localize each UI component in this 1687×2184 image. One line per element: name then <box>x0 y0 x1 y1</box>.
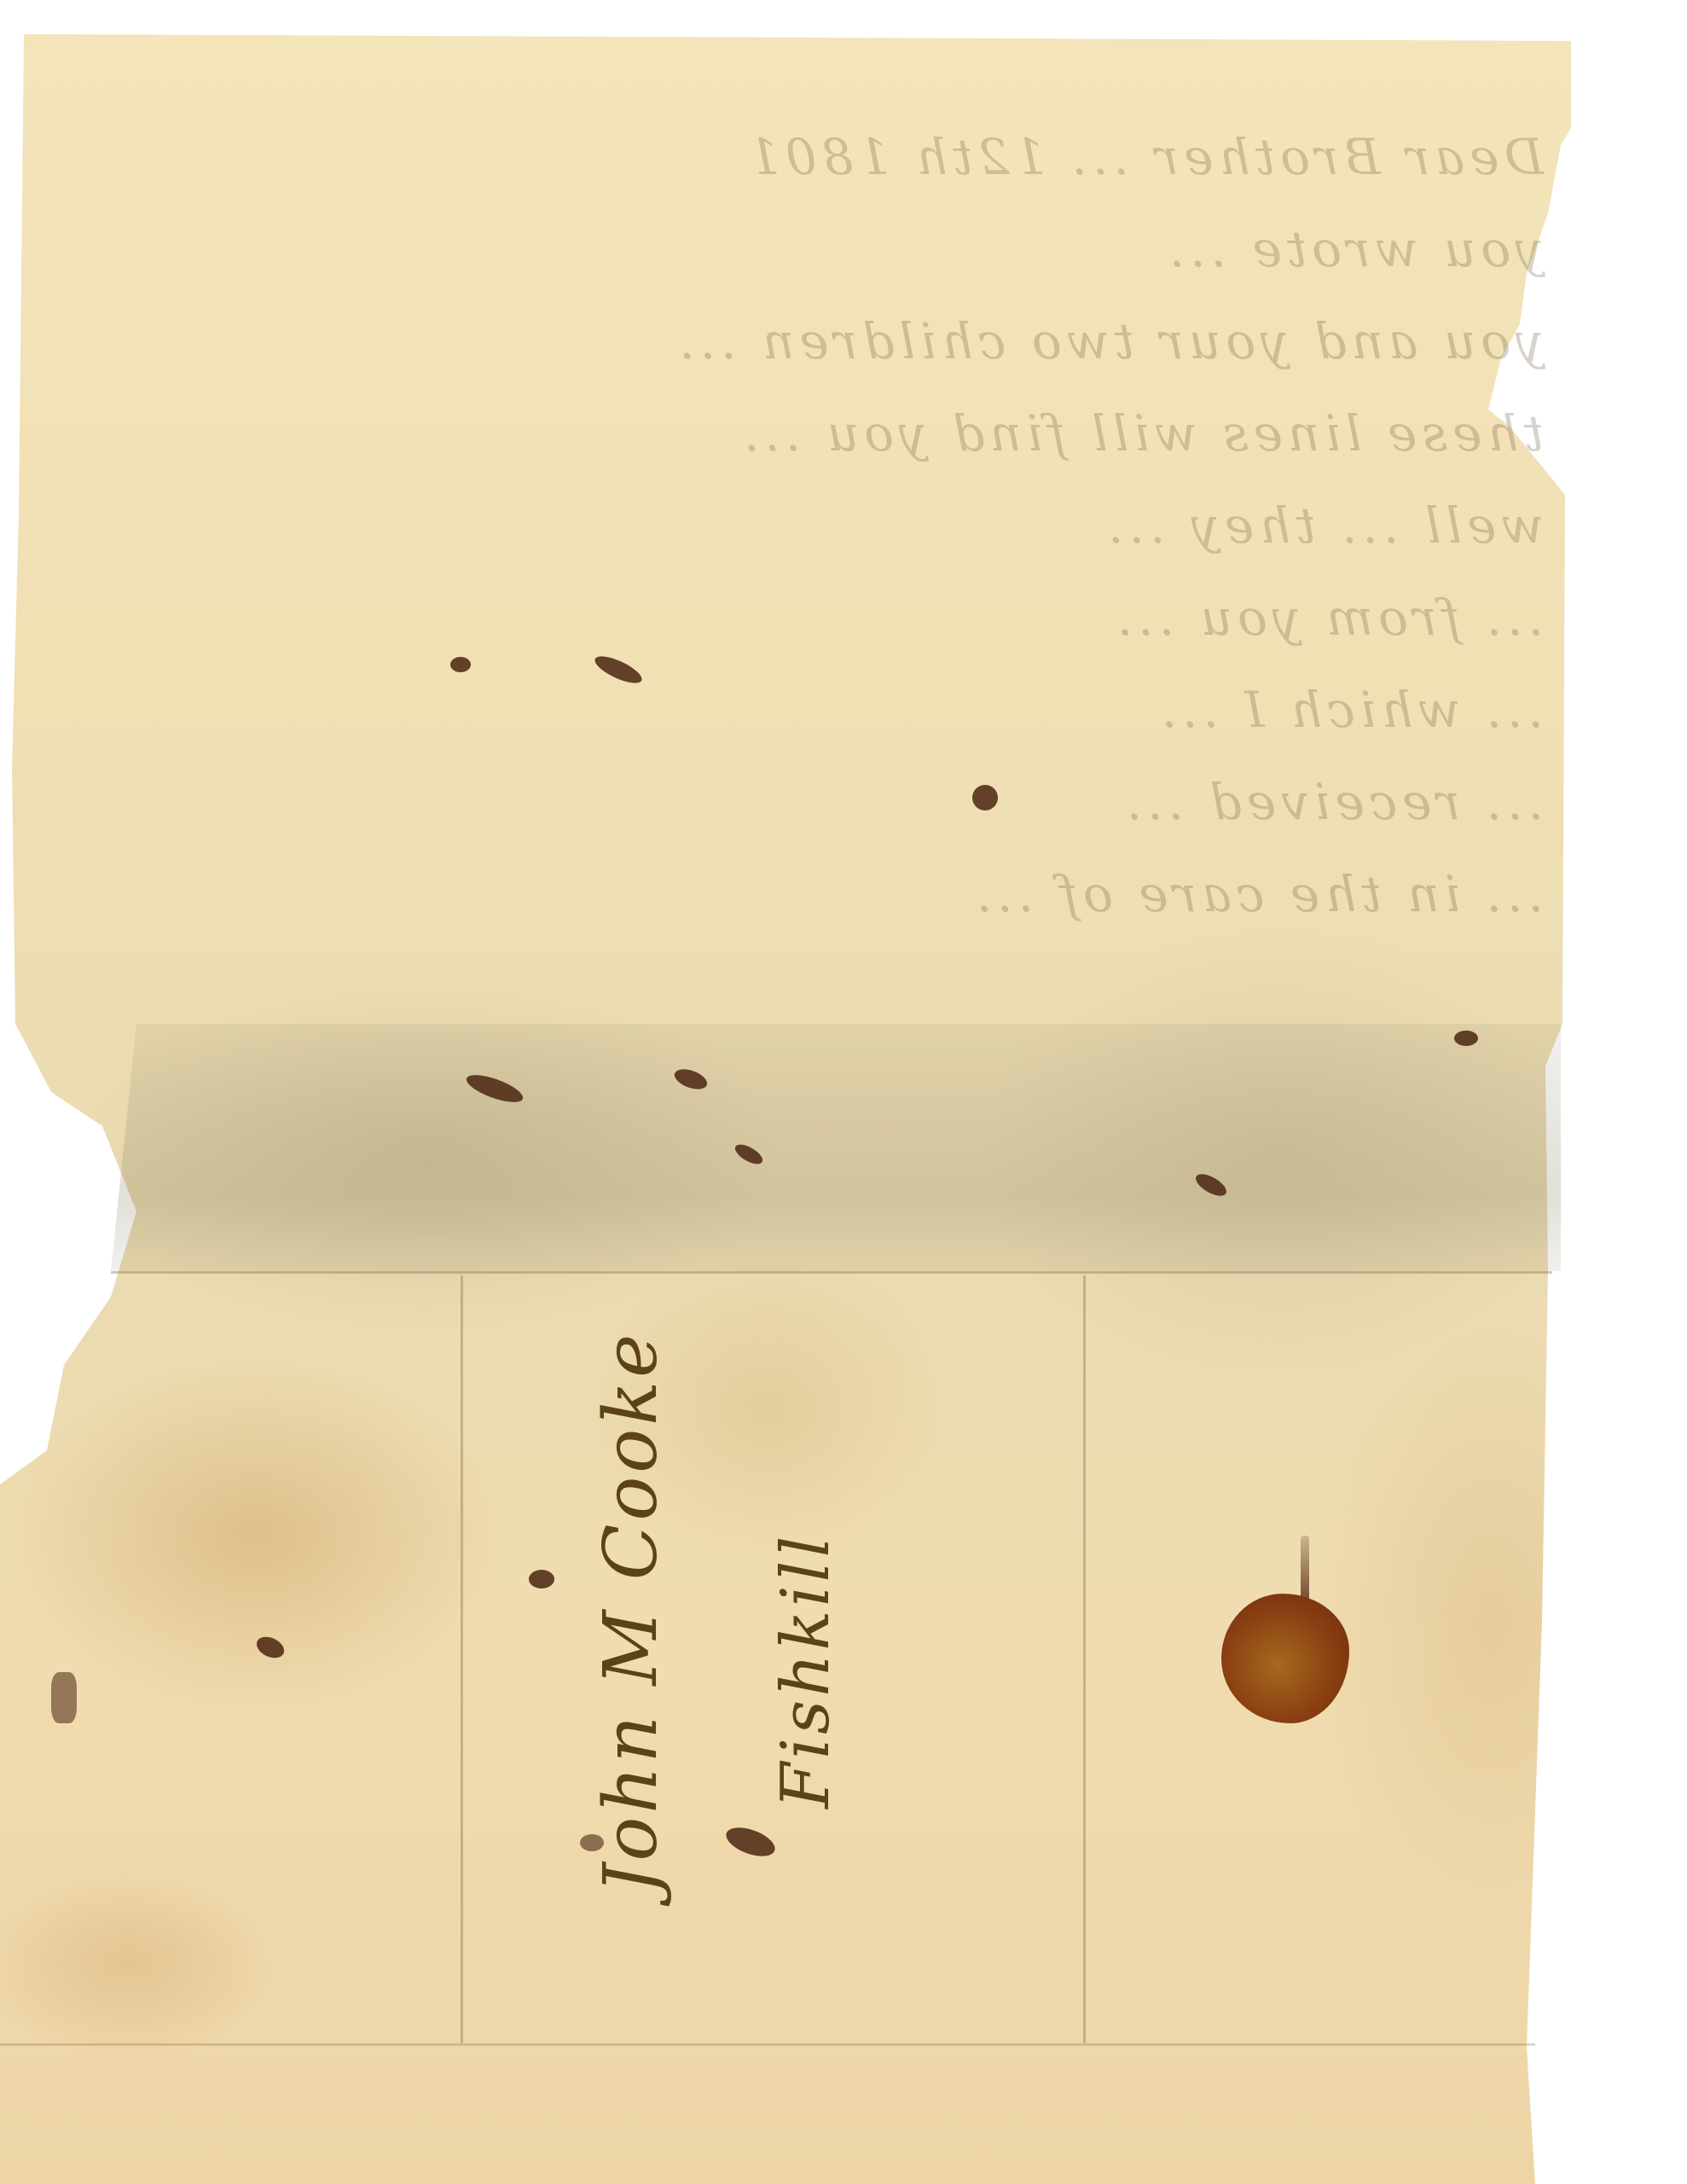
bleed-line: ... from you ... <box>94 572 1544 664</box>
address-block: John M Cooke Fishkill <box>512 1348 1023 1945</box>
vertical-fold-line <box>1083 1275 1086 2043</box>
bleed-through-text: Dear Brother ... 12th 1801 you wrote ...… <box>94 111 1544 940</box>
horizontal-fold-line <box>111 1271 1552 1274</box>
ink-blot <box>972 785 998 810</box>
bleed-line: ... in the care of ... <box>94 848 1544 940</box>
bleed-line: well ... they ... <box>94 479 1544 572</box>
ink-blot <box>450 657 471 672</box>
bleed-line: you wrote ... <box>94 203 1544 295</box>
recipient-name: John M Cooke <box>588 1331 674 1894</box>
recipient-place: Fishkill <box>768 1533 844 1809</box>
bleed-line: you and your two children ... <box>94 295 1544 387</box>
bleed-line: these lines will find you ... <box>94 387 1544 479</box>
wax-seal <box>1221 1594 1349 1723</box>
ink-blot <box>51 1672 77 1723</box>
bleed-line: Dear Brother ... 12th 1801 <box>94 111 1544 203</box>
bleed-line: ... received ... <box>94 756 1544 848</box>
fold-shadow <box>0 1024 1561 1271</box>
vertical-fold-line <box>461 1275 463 2043</box>
ink-blot <box>1454 1031 1478 1046</box>
horizontal-fold-line <box>0 2043 1535 2046</box>
bleed-line: ... which I ... <box>94 664 1544 756</box>
